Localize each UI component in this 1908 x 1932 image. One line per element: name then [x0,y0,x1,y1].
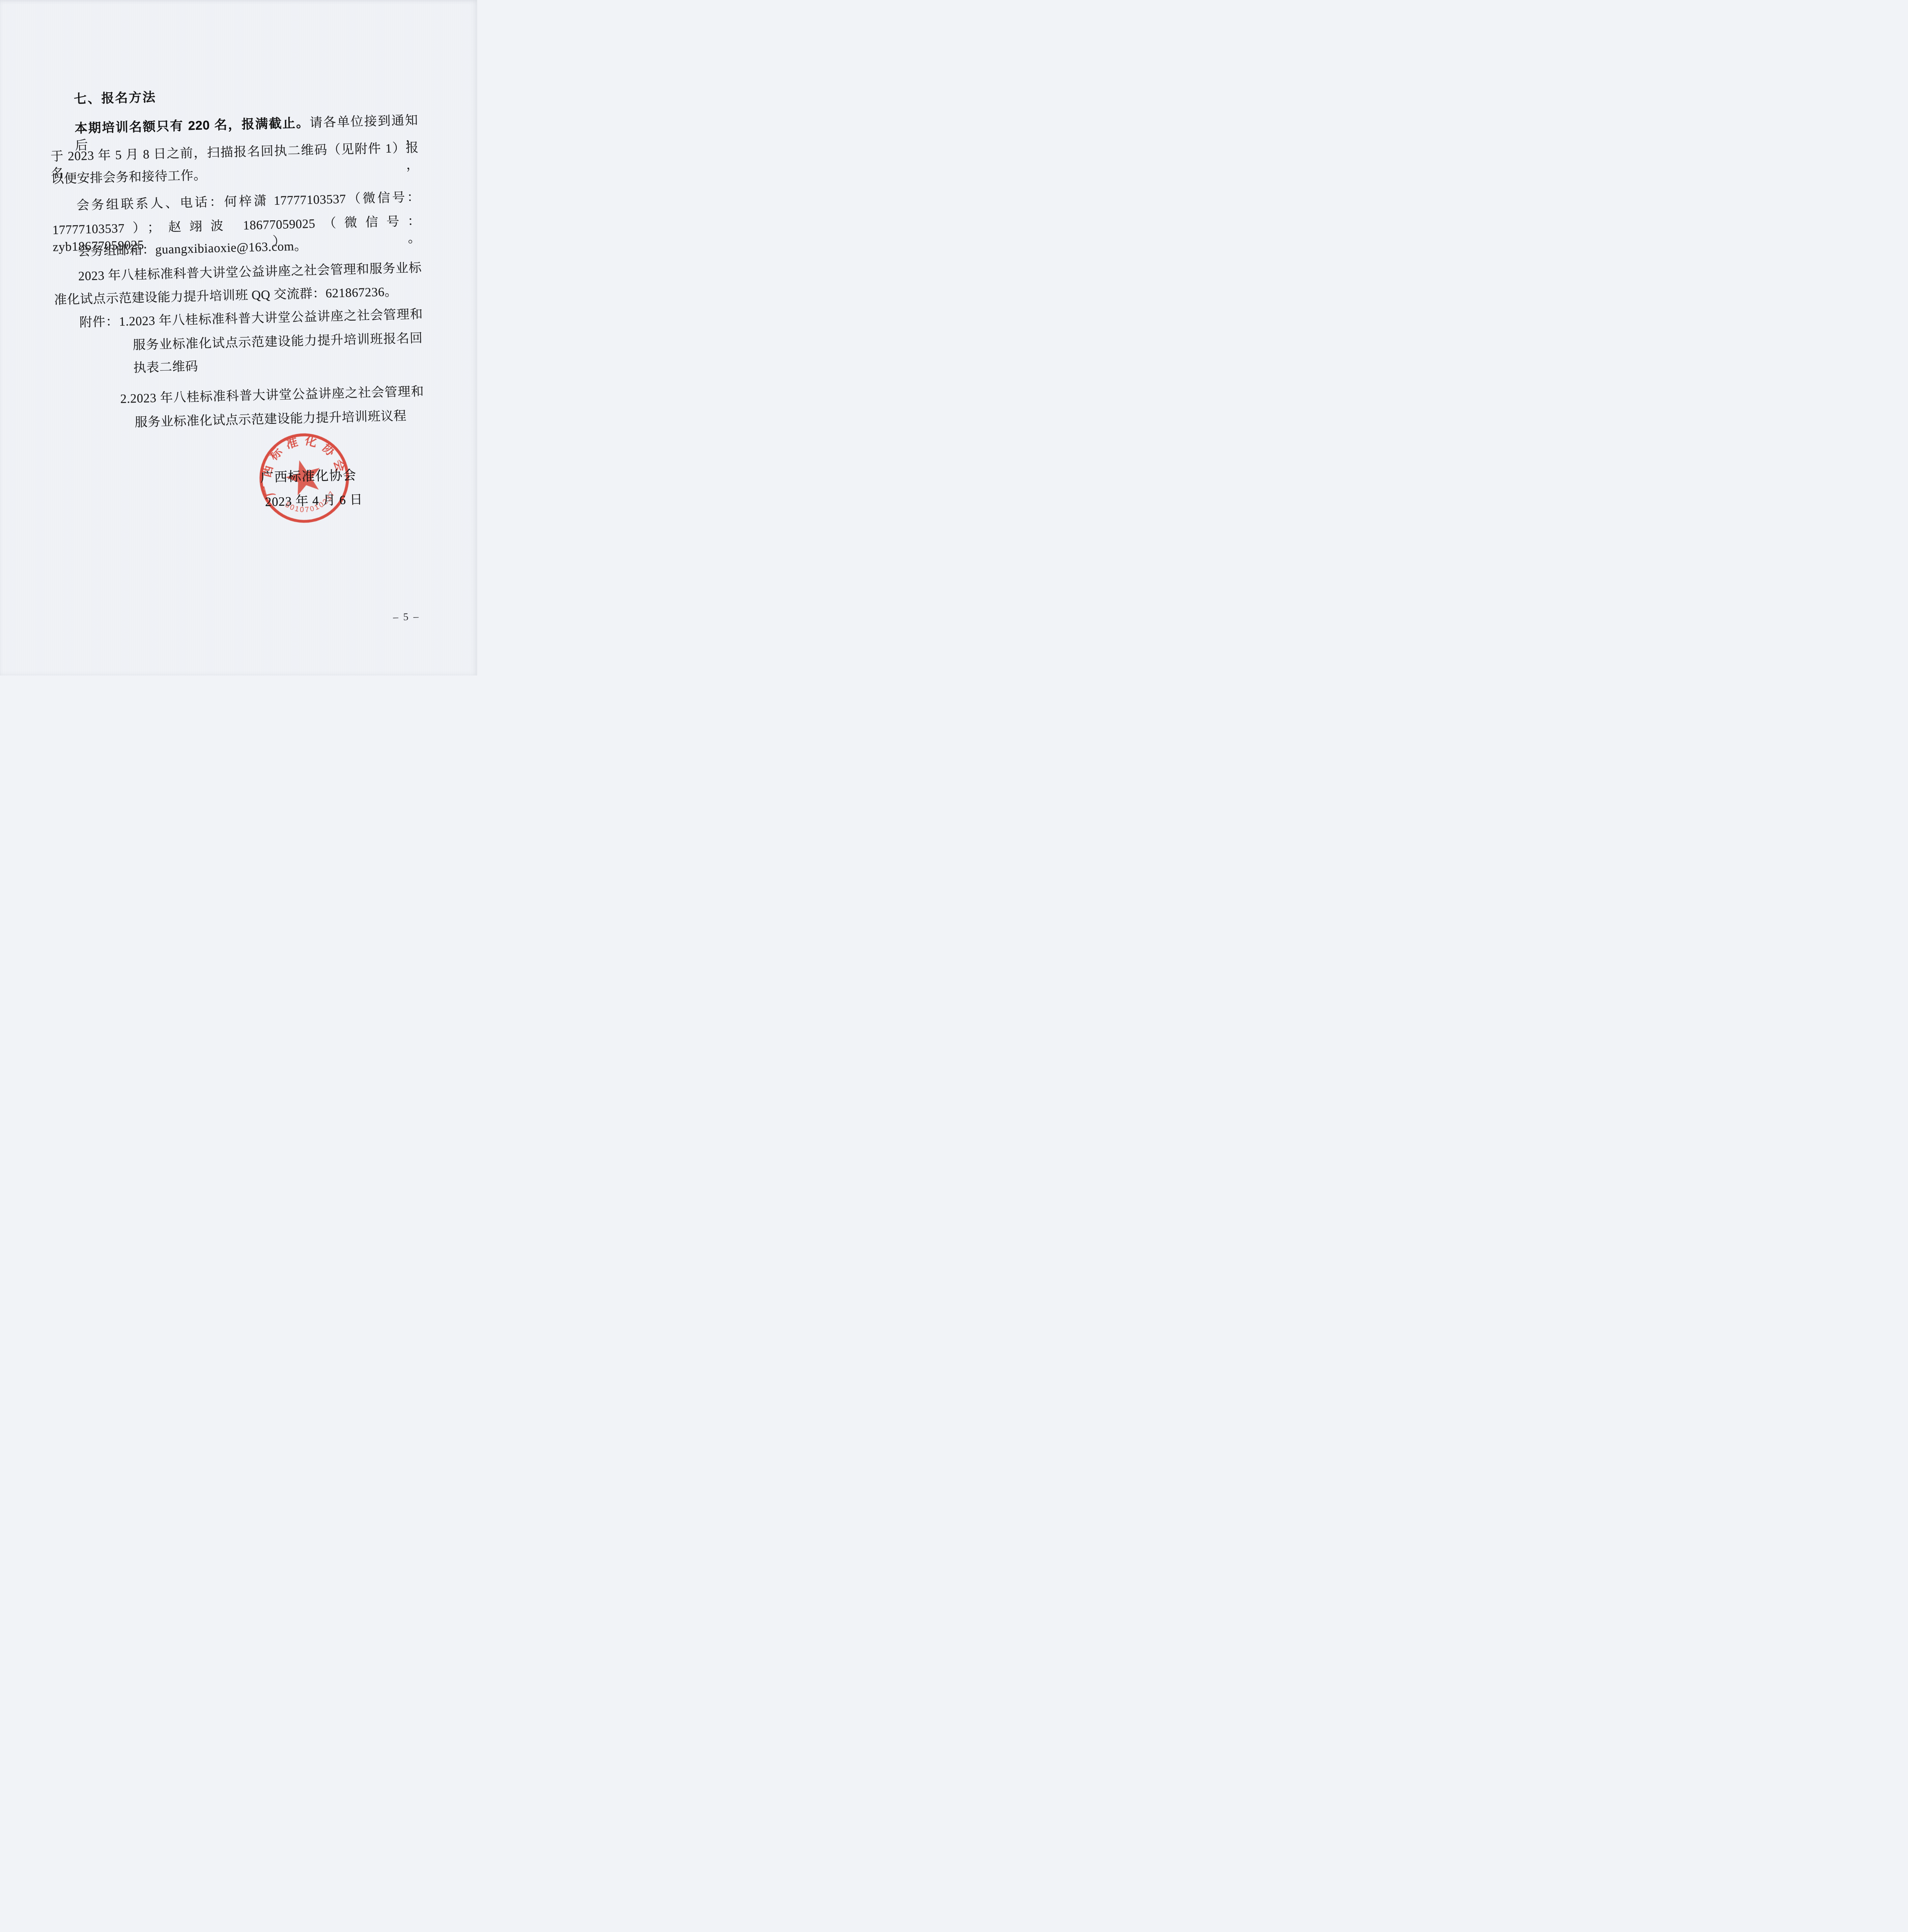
attachment-line: 附件：1.2023 年八桂标准科普大讲堂公益讲座之社会管理和 [79,306,423,332]
signature-date: 2023 年 4 月 6 日 [265,490,363,510]
attachment-line: 服务业标准化试点示范建设能力提升培训班报名回 [133,330,423,354]
attachment-line: 2.2023 年八桂标准科普大讲堂公益讲座之社会管理和 [120,383,424,408]
section-heading: 七、报名方法 [74,88,156,107]
body-line: 以便安排会务和接待工作。 [51,167,207,188]
contact-line: 会务组联系人、电话：何梓潇 17777103537（微信号： [76,189,420,214]
body-line: 2023 年八桂标准科普大讲堂公益讲座之社会管理和服务业标 [78,260,422,285]
body-line: 准化试点示范建设能力提升培训班 QQ 交流群：621867236。 [54,283,398,309]
body-line-bold-segment: 本期培训名额只有 220 名，报满截止。 [75,116,310,136]
signature-org: 广西标准化协会 [260,464,357,486]
scanned-page: 七、报名方法 本期培训名额只有 220 名，报满截止。请各单位接到通知后， 于 … [0,0,477,675]
attachment-line: 执表二维码 [133,358,199,377]
page-number: – 5 – [393,611,420,623]
page-content: 七、报名方法 本期培训名额只有 220 名，报满截止。请各单位接到通知后， 于 … [0,0,477,675]
